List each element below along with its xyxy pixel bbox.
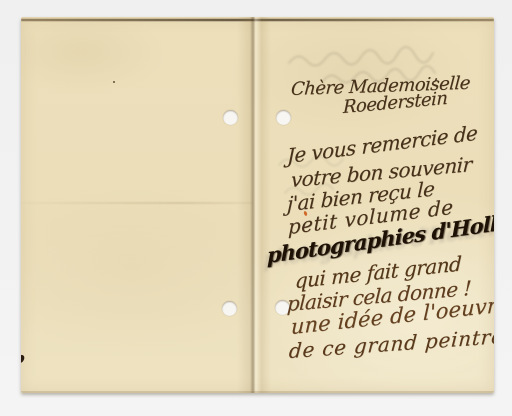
letter-sheet: Chère Mademoiselle ’ Roederstein Je vous…	[21, 17, 494, 393]
scanned-letter-view: Chère Mademoiselle ’ Roederstein Je vous…	[0, 0, 512, 416]
punch-hole	[222, 301, 237, 316]
paper-speck	[113, 81, 115, 83]
center-fold-crease	[237, 17, 271, 393]
ink-mark-left-edge	[21, 354, 25, 363]
punch-hole	[223, 110, 238, 125]
punch-hole	[276, 110, 291, 125]
horizontal-crease	[21, 202, 253, 204]
